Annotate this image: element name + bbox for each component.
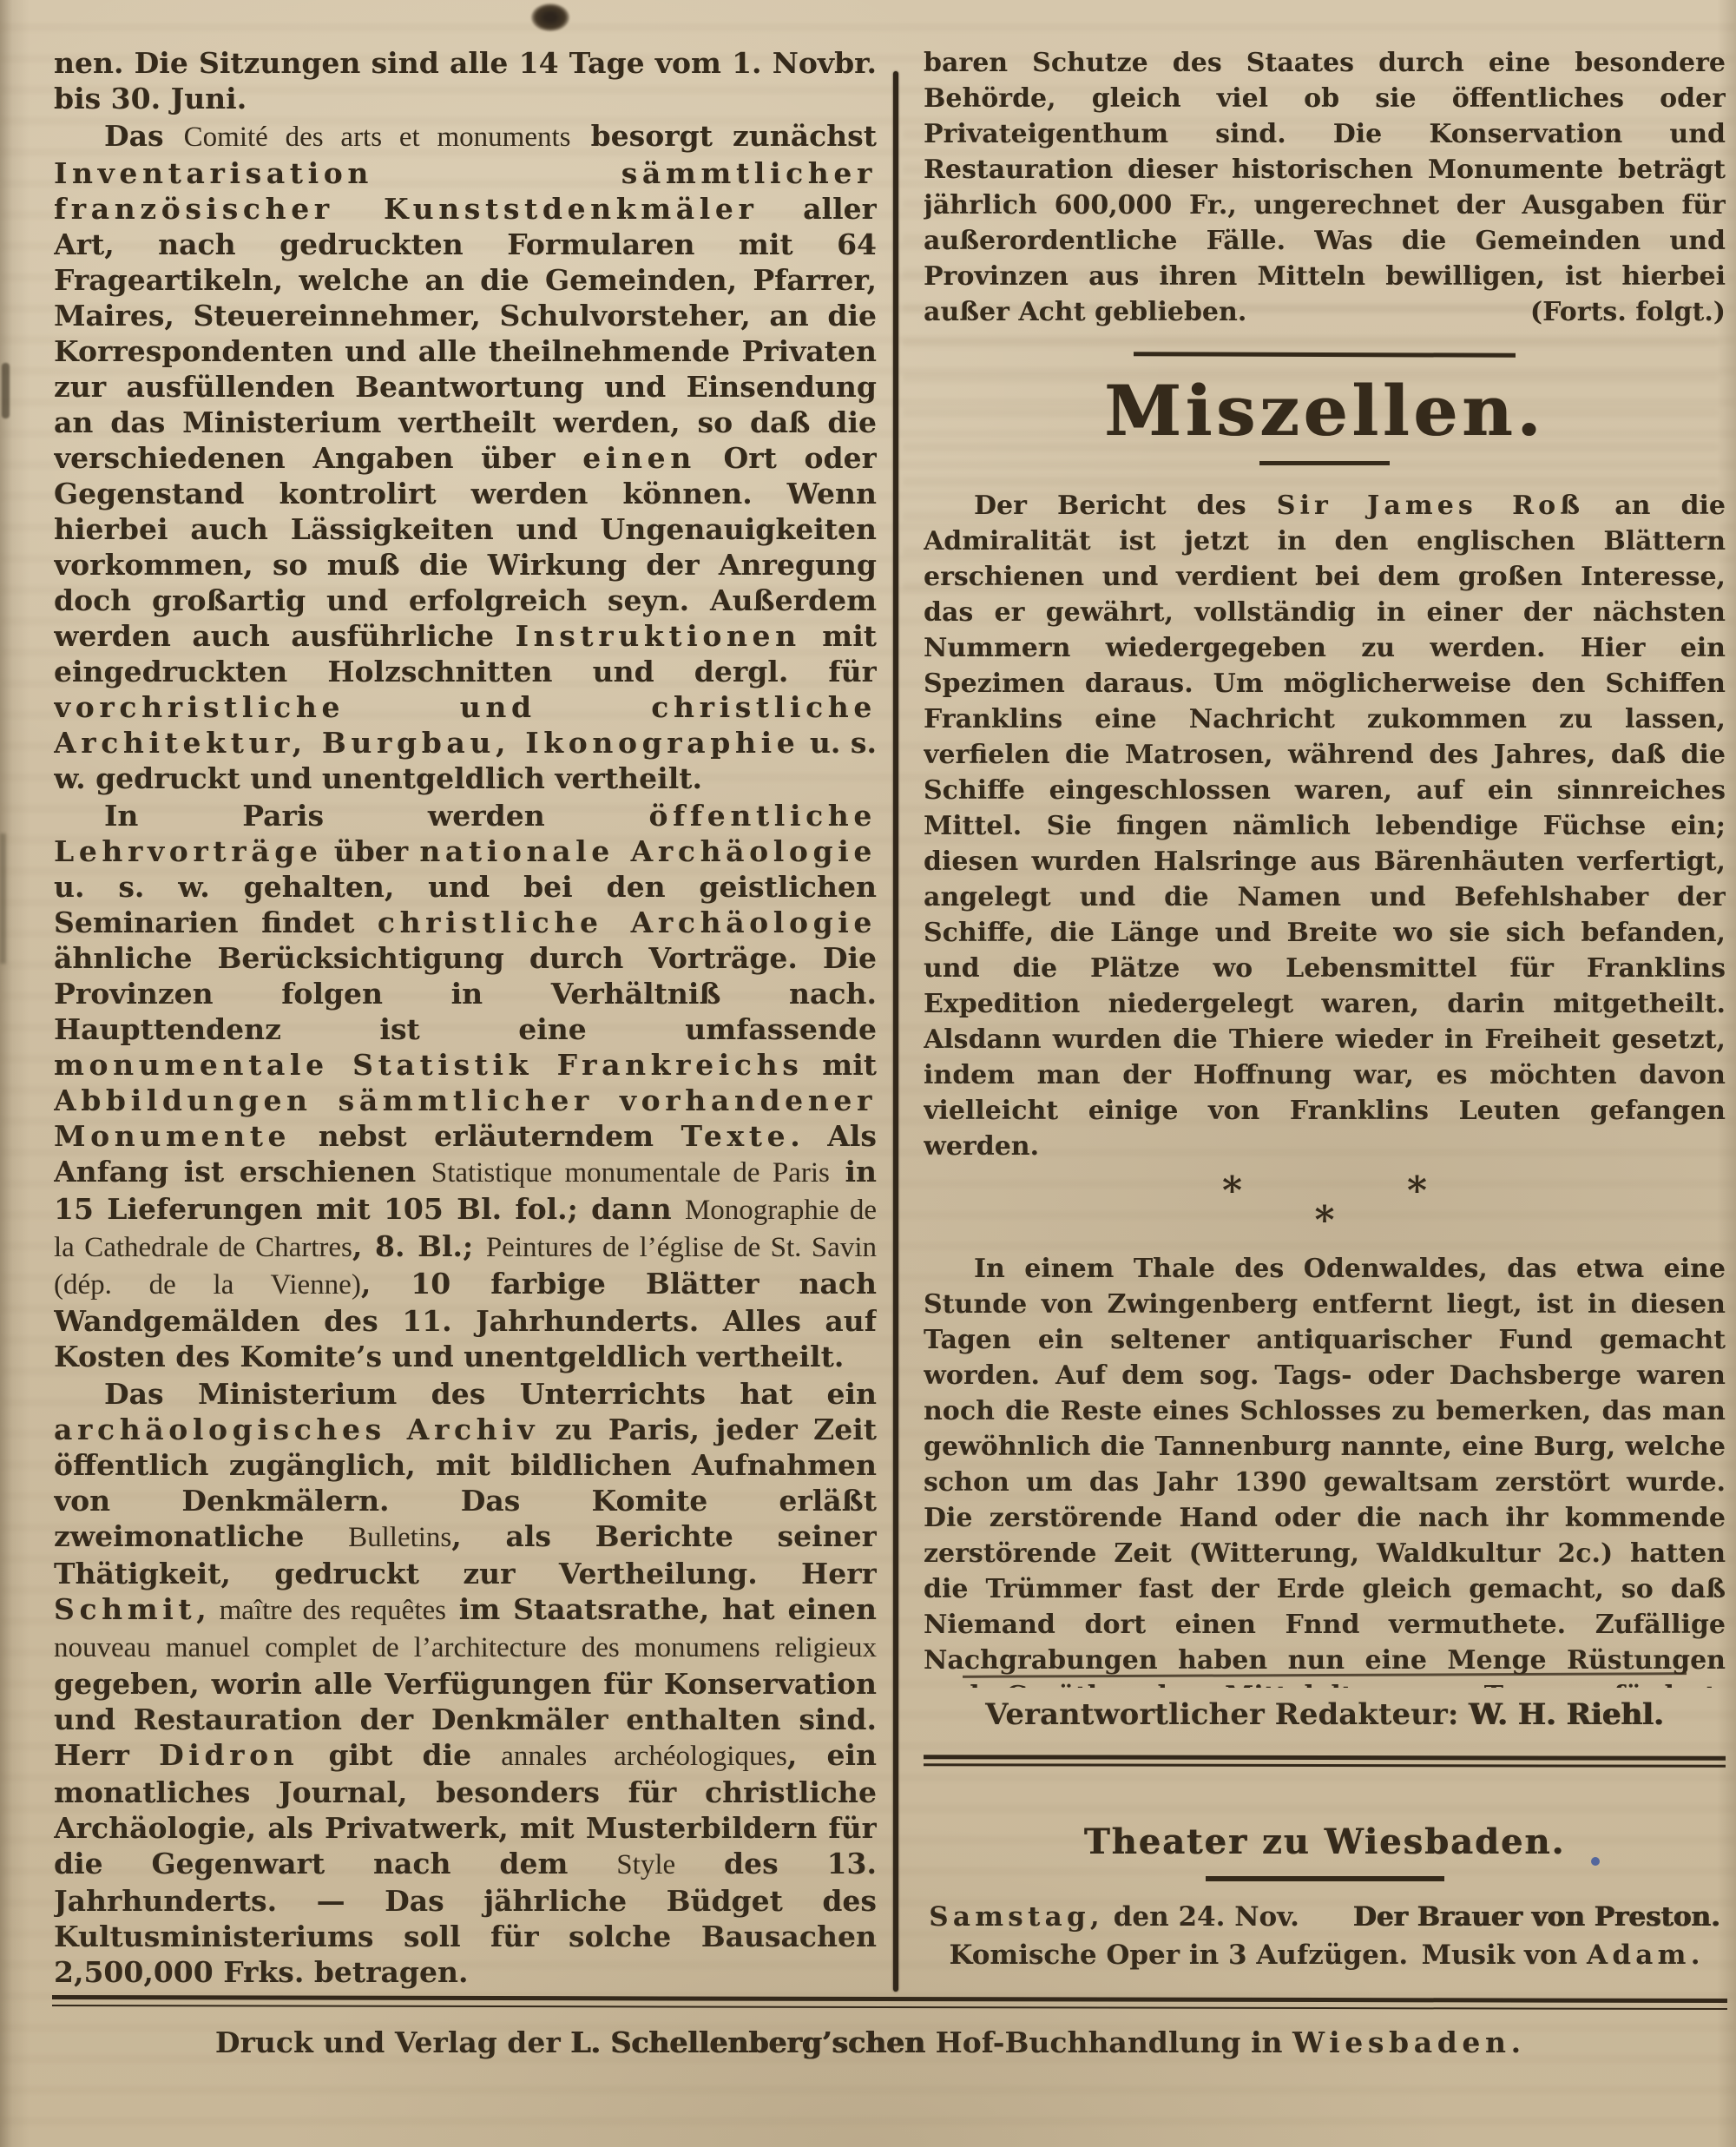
text-run: über [323,834,420,868]
continuation-text: baren Schutze des Staates durch eine bes… [924,45,1726,330]
text-run: Komische Oper in 3 Aufzügen. Musik von [949,1940,1587,1971]
text-run: L. Schellenberg’schen [570,2025,925,2059]
theater-section: Theater zu Wiesbaden. Samstag, den 24. N… [924,1821,1726,1975]
text-run: den 24. Nov. [1104,1901,1353,1933]
text-run: Der Brauer von Preston. [1353,1901,1720,1933]
text-run: Adam [1587,1940,1691,1971]
editor-credit-block: Verantwortlicher Redakteur: W. H. Riehl. [924,1674,1726,1767]
text-run: Didron [159,1738,299,1772]
paragraph: baren Schutze des Staates durch eine bes… [924,45,1726,330]
text-run: Druck und Verlag der [215,2025,570,2059]
paragraph: Verantwortlicher Redakteur: W. H. Riehl. [924,1697,1726,1733]
editor-credit: Verantwortlicher Redakteur: W. H. Riehl. [924,1697,1726,1733]
miszellen-heading: Miszellen. [924,374,1726,447]
text-run: nouveau manuel complet de l’architecture… [54,1632,877,1663]
asterisk-separator: ** * [924,1176,1726,1235]
paragraph: Das Ministerium des Unterrichts hat ein … [54,1376,877,1990]
asterisk-glyph: * [1222,1176,1242,1206]
text-run: (Forts. folgt.) [1530,294,1726,330]
text-run: , 8. Bl.; [352,1229,486,1263]
text-run: Samstag, [929,1901,1104,1933]
text-run: gibt die [299,1738,501,1772]
text-run: besorgt zunächst [571,119,877,153]
text-run: aller Art, nach gedruckten Formularen mi… [54,192,877,475]
theater-program: Samstag, den 24. Nov. Der Brauer von Pre… [924,1899,1726,1973]
text-run: Wiesbaden [1292,2025,1511,2059]
text-run: annales archéologiques [501,1741,787,1772]
text-run: Das [104,119,184,153]
text-run: einen [582,441,696,475]
edge-smudge [0,833,6,964]
text-run: im Staatsrathe, hat einen [446,1592,877,1626]
paragraph: Das Comité des arts et monuments besorgt… [54,118,877,796]
text-run: Der Bericht des [974,491,1277,521]
left-column: nen. Die Sitzungen sind alle 14 Tage vom… [54,45,877,1999]
text-run: ähnliche Berücksichtigung durch Vorträge… [54,941,877,1046]
text-run: Statistique monumentale de Paris [431,1157,830,1189]
text-run: , [196,1592,219,1626]
text-run: Style [616,1849,675,1880]
text-run: Texte [681,1119,791,1153]
asterisk-glyph: * [1407,1176,1427,1206]
text-run: christliche Archäologie [378,906,877,939]
text-run: Inventarisation sämmtlicher französische… [54,156,877,226]
text-run: Bulletins [348,1522,451,1553]
text-run: Sir James Roß [1277,491,1584,521]
text-run: In einem Thale des Odenwaldes, das etwa … [924,1254,1726,1688]
editor-divider-rule [963,1672,1687,1678]
paragraph: In einem Thale des Odenwaldes, das etwa … [924,1251,1726,1688]
footer-divider-rule [52,1995,1727,2010]
paragraph: nen. Die Sitzungen sind alle 14 Tage vom… [54,45,877,116]
text-run: . [1511,2025,1522,2059]
text-run: nationale Archäologie [419,834,877,868]
text-run: . [1691,1940,1700,1971]
paragraph: Samstag, den 24. Nov. Der Brauer von Pre… [924,1899,1726,1935]
text-run: Hof-Buchhandlung in [925,2025,1292,2059]
text-run: mit [803,1048,877,1082]
text-run: an die Admiralität ist jetzt in den engl… [924,491,1726,1162]
paragraph: Komische Oper in 3 Aufzügen. Musik von A… [924,1937,1726,1973]
newspaper-page: nen. Die Sitzungen sind alle 14 Tage vom… [0,0,1736,2147]
paragraph: Der Bericht des Sir James Roß an die Adm… [924,488,1726,1164]
text-run: vorchristliche und christliche Architekt… [54,690,877,760]
paragraph: In Paris werden öffentliche Lehrvorträge… [54,798,877,1374]
text-run: Instruktionen [516,619,801,653]
text-run: W. H. Riehl. [1469,1697,1664,1732]
column-divider-rule [893,71,898,1992]
text-run: Das Ministerium des Unterrichts hat ein [104,1377,877,1411]
text-run: nebst erläuterndem [291,1119,681,1153]
text-run: monumentale Statistik Frankreichs [54,1048,803,1082]
text-run: Comité des arts et monuments [184,122,571,153]
text-run: baren Schutze des Staates durch eine bes… [924,48,1726,327]
theater-heading: Theater zu Wiesbaden. [924,1821,1726,1862]
text-run: Verantwortlicher Redakteur: [985,1697,1469,1732]
right-column: baren Schutze des Staates durch eine bes… [924,45,1726,1688]
asterisk-row: * [924,1206,1726,1235]
miszellen-item-odenwald: In einem Thale des Odenwaldes, das etwa … [924,1251,1726,1688]
heading-underline-rule [1259,461,1390,465]
paragraph: Druck und Verlag der L. Schellenberg’sch… [0,2025,1736,2060]
text-run: archäologisches Archiv [54,1413,539,1446]
text-run: nen. Die Sitzungen sind alle 14 Tage vom… [54,46,877,115]
text-run: Schmit [54,1592,196,1626]
text-run: In Paris werden [104,799,649,833]
edge-smudge [2,363,10,418]
asterisk-glyph: * [1314,1206,1334,1235]
double-rule [924,1755,1726,1768]
section-divider-rule [1134,352,1516,358]
text-run: maître des requêtes [220,1595,446,1626]
ink-blot [531,3,569,31]
theater-underline-rule [1206,1876,1444,1881]
imprint-footer: Druck und Verlag der L. Schellenberg’sch… [0,2025,1736,2062]
miszellen-item-franklin: Der Bericht des Sir James Roß an die Adm… [924,488,1726,1164]
